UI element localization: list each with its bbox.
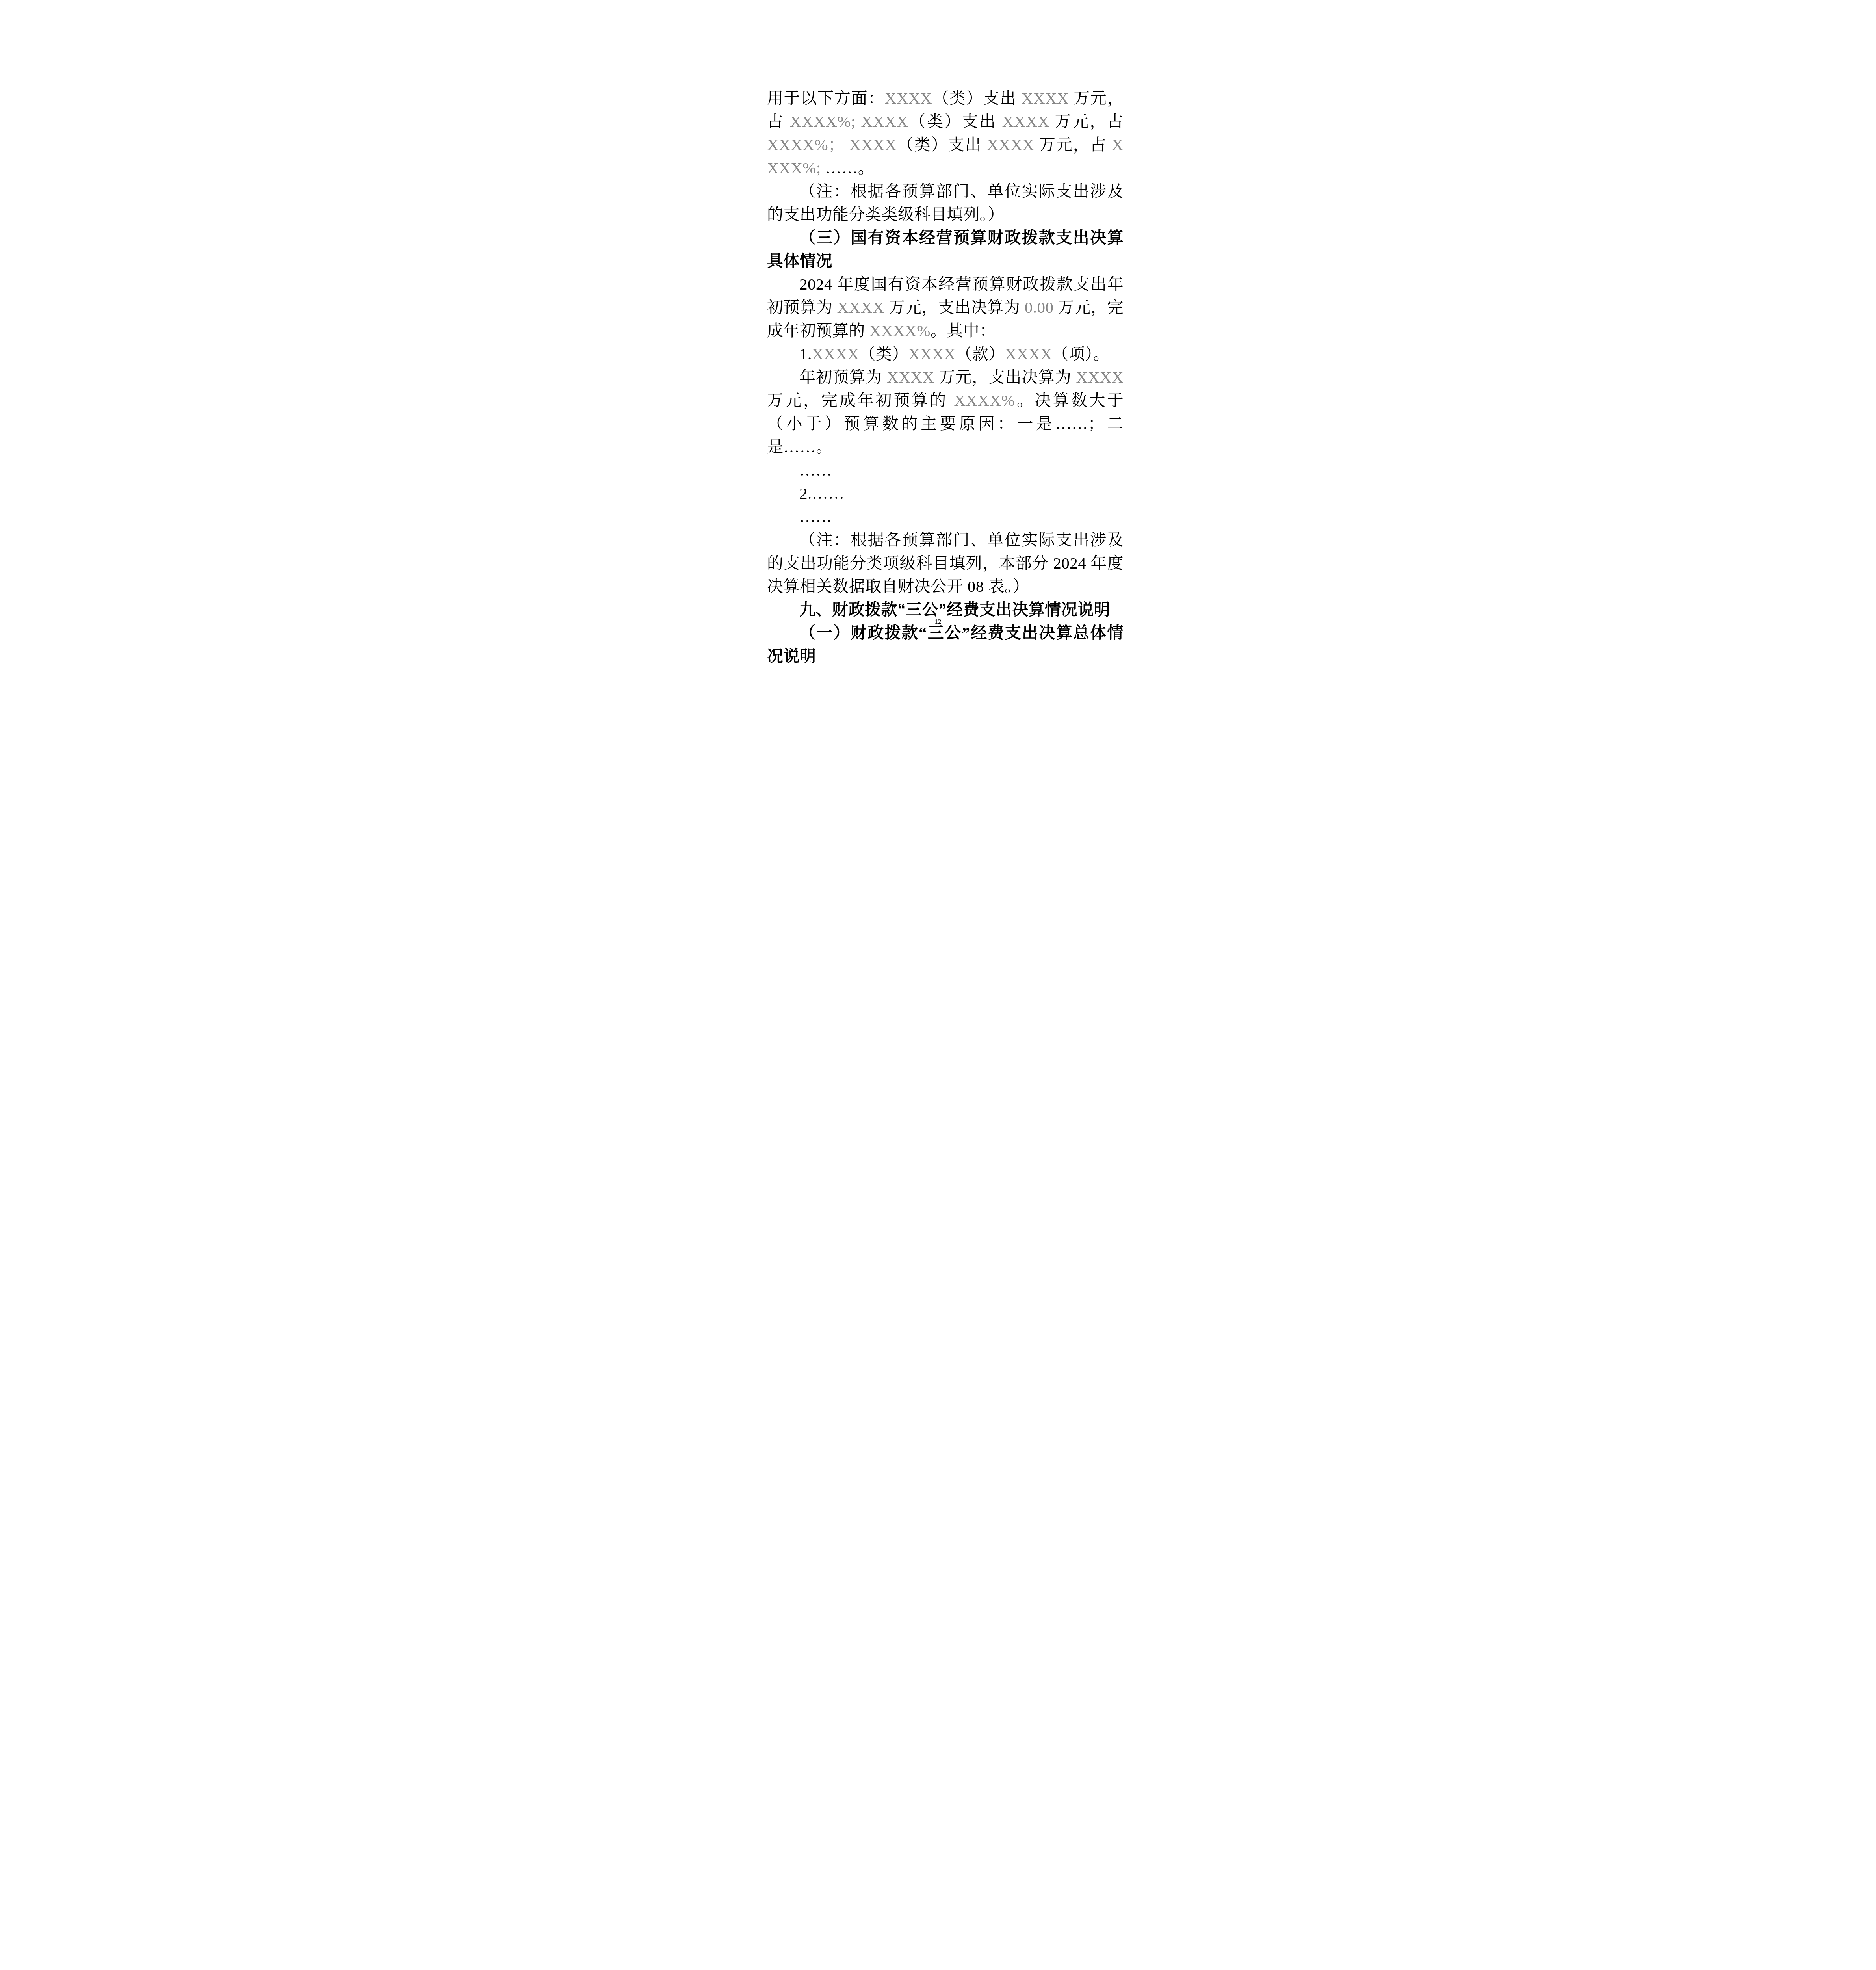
text-run: 万元，支出决算为 (934, 368, 1076, 386)
numeral-run: 2. (799, 484, 812, 502)
text-run: 表。） (984, 577, 1029, 595)
text-run: 年初预算为 (799, 368, 887, 386)
placeholder-run: XXXX (861, 112, 908, 130)
placeholder-run: XXXX (1076, 368, 1124, 386)
placeholder-run: XXXX (908, 345, 956, 363)
paragraph-initial-budget-detail: 年初预算为 XXXX 万元，支出决算为 XXXX 万元，完成年初预算的 XXXX… (767, 366, 1124, 459)
document-body: 用于以下方面：XXXX（类）支出 XXXX 万元，占 XXXX%; XXXX（类… (767, 87, 1124, 663)
paragraph-ellipsis-2: …… (767, 505, 1124, 528)
heading-text: （三）国有资本经营预算财政拨款支出决算具体情况 (767, 229, 1124, 270)
numeral-run: 1. (799, 345, 812, 363)
text-run: …… (799, 461, 832, 479)
text-run: 万元，占 (1049, 112, 1124, 130)
placeholder-run: XXXX%; (790, 112, 856, 130)
placeholder-run: XXXX (885, 89, 932, 107)
text-run: 万元，支出决算为 (884, 298, 1025, 316)
text-run: （注：根据各预算部门、单位实际支出涉及的支出功能分类类级科目填列。） (767, 182, 1124, 223)
text-run: （类） (859, 345, 908, 363)
list-item-1: 1.XXXX（类）XXXX（款）XXXX（项）。 (767, 342, 1124, 366)
paragraph-state-capital-budget: 2024 年度国有资本经营预算财政拨款支出年初预算为 XXXX 万元，支出决算为… (767, 273, 1124, 342)
heading-subsection-1-overview: （一）财政拨款“三公”经费支出决算总体情况说明 (767, 621, 1124, 663)
numeral-run: 2024 (799, 275, 832, 293)
text-run: …… (799, 507, 832, 526)
placeholder-run: XXXX (987, 136, 1034, 154)
text-run: 用于以下方面： (767, 89, 885, 107)
paragraph-ellipsis-1: …… (767, 459, 1124, 482)
text-run (856, 112, 861, 130)
placeholder-run: XXXX (1002, 112, 1049, 130)
heading-text: 九、财政拨款“三公”经费支出决算情况说明 (799, 600, 1110, 619)
text-run: （项）。 (1052, 345, 1110, 363)
heading-section-3-state-capital: （三）国有资本经营预算财政拨款支出决算具体情况 (767, 226, 1124, 273)
text-run: 万元，占 (1034, 136, 1111, 154)
text-run: 。其中： (931, 322, 996, 340)
placeholder-run: XXXX% (954, 391, 1015, 409)
placeholder-run: XXXX (1005, 345, 1052, 363)
placeholder-run: XXXX%； (767, 136, 849, 154)
text-run: 万元，完成年初预算的 (767, 391, 954, 409)
heading-text: （一）财政拨款“三公”经费支出决算总体情况说明 (767, 624, 1124, 663)
text-run: （类）支出 (908, 112, 1002, 130)
placeholder-run: XXXX (1022, 89, 1069, 107)
text-run: （款） (956, 345, 1005, 363)
text-run: ……。 (821, 159, 874, 177)
placeholder-run: XXXX (849, 136, 897, 154)
placeholder-run: XXXX (887, 368, 934, 386)
paragraph-expenditure-breakdown: 用于以下方面：XXXX（类）支出 XXXX 万元，占 XXXX%; XXXX（类… (767, 87, 1124, 180)
text-run: （类）支出 (897, 136, 987, 154)
placeholder-run: 0.00 (1025, 298, 1054, 316)
document-page: 用于以下方面：XXXX（类）支出 XXXX 万元，占 XXXX%; XXXX（类… (704, 0, 1172, 663)
numeral-run: 08 (968, 577, 984, 595)
numeral-run: 2024 (1053, 554, 1086, 572)
paragraph-note-category-level: （注：根据各预算部门、单位实际支出涉及的支出功能分类类级科目填列。） (767, 180, 1124, 226)
text-run: （类）支出 (932, 89, 1022, 107)
placeholder-run: XXXX% (869, 322, 931, 340)
text-run: …… (812, 484, 845, 502)
paragraph-note-item-level: （注：根据各预算部门、单位实际支出涉及的支出功能分类项级科目填列，本部分 202… (767, 528, 1124, 598)
placeholder-run: XXXX (837, 298, 884, 316)
list-item-2: 2.…… (767, 482, 1124, 505)
placeholder-run: XXXX (812, 345, 859, 363)
page-number: 12 (704, 617, 1172, 626)
